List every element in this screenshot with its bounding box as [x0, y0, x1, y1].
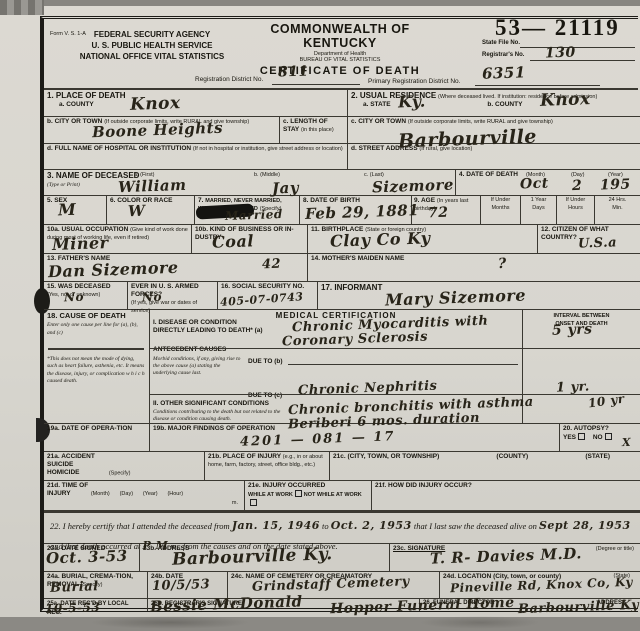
certificate-title: CERTIFICATE OF DEATH [240, 65, 440, 77]
field-21b-place-of-injury: 21b. PLACE OF INJURY (e.g., in or about … [205, 452, 330, 481]
cert-last-seen-date: Sept 28, 1953 [539, 519, 631, 532]
hw-date-signed: Oct. 3-53 [46, 547, 128, 568]
field-21b-label: 21b. PLACE OF INJURY [208, 453, 281, 460]
bureau-line: BUREAU OF VITAL STATISTICS [240, 57, 440, 63]
due-to-b-line [288, 364, 518, 365]
cert-to-date: Oct. 2, 1953 [331, 519, 412, 532]
hw-death-day: 2 [572, 178, 583, 194]
hw-residence-state: Ky. [398, 92, 426, 112]
autopsy-yes-label: YES [563, 434, 576, 441]
cause-row-divider-1 [150, 348, 640, 349]
autopsy-yes-checkbox [578, 433, 585, 440]
cert-text-2: to [322, 521, 329, 531]
field-18-i-label2: DIRECTLY LEADING TO DEATH* (a) [153, 327, 263, 334]
field-9-col1-bot: Months [491, 205, 509, 211]
field-19b-label: 19b. MAJOR FINDINGS OF OPERATION [153, 425, 275, 432]
hw-death-month: Oct [520, 176, 549, 193]
field-9-col2-top: 1 Year [531, 197, 547, 203]
hw-name-first: William [118, 176, 187, 196]
field-18-i-label1: I. DISEASE OR CONDITION [153, 319, 237, 326]
cert-text-1: 22. I hereby certify that I attended the… [50, 521, 230, 531]
field-18-cause-left-column: 18. CAUSE OF DEATH Enter only one cause … [44, 310, 150, 424]
field-9-col1-top: If Under [491, 197, 511, 203]
field-21f-how-injury-occurred: 21f. HOW DID INJURY OCCUR? [372, 481, 640, 511]
field-1c-note: (in this place) [301, 127, 334, 133]
primary-district-value: 6351 [482, 63, 526, 83]
registrar-no-value: 130 [545, 44, 576, 61]
field-21d-month: (Month) [91, 491, 110, 497]
field-9-col-months: If Under Months [480, 196, 520, 224]
field-1-title: 1. PLACE OF DEATH [47, 91, 126, 100]
agency-line-1: FEDERAL SECURITY AGENCY [44, 30, 260, 41]
hw-name-middle: Jay [272, 179, 300, 198]
field-9-col-hours: If Under Hours [556, 196, 594, 224]
cert-text-3: that I last saw the deceased alive on [414, 521, 537, 531]
field-21d-day: (Day) [120, 491, 133, 497]
interval-header-1: INTERVAL BETWEEN [554, 313, 610, 319]
field-20-label: 20. AUTOPSY? [563, 425, 609, 432]
hw-death-year: 195 [600, 176, 631, 193]
state-file-stamp: 53— 21119 [495, 15, 620, 41]
field-4-title: 4. DATE OF DEATH [459, 171, 518, 178]
hw-industry: Coal [212, 231, 254, 251]
field-1c-length-of-stay: c. LENGTH OF STAY (in this place) [280, 117, 348, 144]
field-6-color-race: 6. COLOR OR RACE [107, 196, 195, 225]
cert-from-date: Jan. 15, 1946 [232, 519, 320, 532]
field-9-col4-bot: Min. [612, 205, 622, 211]
field-21e-injury-occurred: 21e. INJURY OCCURRED WHILE AT WORK NOT W… [245, 481, 372, 511]
field-21c-label: 21c. (CITY, TOWN, OR TOWNSHIP) [333, 453, 439, 479]
hw-residence-county: Knox [540, 89, 591, 111]
field-7-label: 7. [198, 197, 203, 204]
reg-district-label: Registration District No. [195, 76, 263, 83]
field-1a-label: a. COUNTY [59, 101, 94, 108]
field-3-subtitle: (Type or Print) [47, 182, 80, 188]
field-22-certification: 22. I hereby certify that I attended the… [44, 511, 640, 544]
field-21d-year: (Year) [143, 491, 158, 497]
hw-interval-a: 5 yrs [552, 321, 593, 338]
hw-birthplace: Clay Co Ky [330, 228, 431, 250]
field-2-usual-residence: 2. USUAL RESIDENCE (Where deceased lived… [348, 90, 640, 117]
hw-mother-name: ? [498, 256, 507, 272]
field-2a-label: a. STATE [363, 101, 391, 108]
field-21d-time-of-injury: 21d. TIME OF INJURY (Month) (Day) (Year)… [44, 481, 245, 511]
field-18-divider [48, 348, 144, 350]
field-21c-injury-location: 21c. (CITY, TOWN, OR TOWNSHIP) (COUNTY) … [330, 452, 640, 481]
state-file-line [520, 47, 635, 48]
not-while-at-work-checkbox [250, 499, 257, 506]
field-21e-opt1: WHILE AT WORK [248, 492, 293, 498]
field-2b-label: b. COUNTY [487, 101, 522, 108]
reg-district-value: 811 [278, 63, 309, 80]
hw-autopsy-no-mark: X [622, 436, 631, 449]
hw-death-county: Knox [130, 93, 181, 115]
hw-burial-date: 10/5/53 [152, 577, 211, 594]
field-21e-opt2: NOT WHILE AT WORK [304, 492, 362, 498]
field-2c-note: (If outside corporate limits, write RURA… [408, 119, 553, 125]
field-21a-note: (Specify) [109, 470, 131, 476]
field-21a-label: 21a. ACCIDENT SUICIDE HOMICIDE [47, 453, 107, 477]
agency-line-2: U. S. PUBLIC HEALTH SERVICE [44, 41, 260, 52]
field-9-col-days: 1 Year Days [520, 196, 556, 224]
field-18-i-block: I. DISEASE OR CONDITION DIRECTLY LEADING… [153, 319, 263, 335]
hw-code-42: 42 [262, 257, 282, 273]
registrar-no-label: Registrar's No. [482, 52, 524, 58]
field-16-label: 16. SOCIAL SECURITY NO. [221, 283, 304, 290]
primary-district-line [475, 85, 600, 86]
morbid-note: Morbid conditions, if any, giving rise t… [153, 356, 245, 377]
due-to-b-label: DUE TO (b) [248, 358, 283, 366]
field-21a-accident-suicide-homicide: 21a. ACCIDENT SUICIDE HOMICIDE (Specify) [44, 452, 205, 481]
hw-race: W [128, 202, 146, 221]
field-23c-note: (Degree or title) [596, 546, 634, 553]
field-2c-label: c. CITY OR TOWN [351, 118, 406, 125]
hw-marital-status: Married [225, 207, 283, 223]
field-18-note1: Enter only one cause per line for (a), (… [47, 322, 138, 336]
field-1d-label: d. FULL NAME OF HOSPITAL OR INSTITUTION [47, 145, 191, 152]
field-18-label: 18. CAUSE OF DEATH [47, 311, 126, 320]
while-at-work-checkbox [295, 490, 302, 497]
field-1d-note: (If not in hospital or institution, give… [193, 146, 343, 152]
field-1a-place-of-death-county: 1. PLACE OF DEATH a. COUNTY [44, 90, 348, 117]
autopsy-no-checkbox [605, 433, 612, 440]
hw-occupation: Miner [52, 233, 109, 254]
field-21c-county: (COUNTY) [496, 453, 528, 479]
field-14-mothers-maiden-name: 14. MOTHER'S MAIDEN NAME [308, 254, 640, 282]
scan-edge-top [0, 0, 640, 6]
other-significant-note: Conditions contributing to the death but… [153, 409, 283, 423]
field-21d-m: m. [232, 500, 238, 507]
hw-burial: Burial [50, 579, 99, 596]
field-21d-label: 21d. TIME OF INJURY [47, 482, 89, 498]
hw-armed-forces-dates: No [142, 290, 162, 305]
hw-date-received: 10-5-53 [45, 600, 101, 616]
field-9-col4-top: 24 Hrs. [609, 197, 627, 203]
scan-smudge [420, 616, 540, 629]
field-3-middle-label: b. (Middle) [254, 172, 280, 179]
agency-line-3: NATIONAL OFFICE VITAL STATISTICS [44, 52, 260, 63]
hw-interval-c: 1 yr. [556, 379, 590, 395]
state-file-label: State File No. [482, 40, 520, 46]
field-21d-hour: (Hour) [167, 491, 183, 497]
field-9-col-min: 24 Hrs. Min. [594, 196, 640, 224]
field-9-col3-top: If Under [566, 197, 586, 203]
field-10a-label: 10a. USUAL OCCUPATION [47, 226, 128, 233]
scan-corner-artifact [0, 0, 44, 15]
field-1d-hospital-name: d. FULL NAME OF HOSPITAL OR INSTITUTION … [44, 144, 348, 170]
field-21c-state: (STATE) [585, 453, 610, 479]
title-block: COMMONWEALTH OF KENTUCKY Department of H… [240, 22, 440, 77]
field-21e-label: 21e. INJURY OCCURRED [248, 482, 325, 489]
field-14-label: 14. MOTHER'S MAIDEN NAME [311, 255, 404, 262]
field-21f-label: 21f. HOW DID INJURY OCCUR? [375, 482, 472, 489]
field-17-label: 17. INFORMANT [321, 283, 382, 292]
commonwealth-title: COMMONWEALTH OF KENTUCKY [240, 22, 440, 50]
scan-smudge [90, 616, 250, 629]
field-19a-label: 19a. DATE OF OPERA-TION [47, 425, 132, 432]
hw-age: 72 [428, 205, 449, 222]
autopsy-no-label: NO [593, 434, 603, 441]
hw-citizen: U.S.a [578, 235, 618, 251]
hw-armed-forces: No [64, 290, 84, 305]
field-9-col2-bot: Days [532, 205, 545, 211]
field-9-col3-bot: Hours [568, 205, 583, 211]
hw-name-last: Sizemore [372, 176, 455, 197]
reg-district-line [272, 84, 360, 85]
hw-sex: M [58, 200, 77, 220]
field-19a-date-of-operation: 19a. DATE OF OPERA-TION [44, 424, 150, 452]
field-15-armed-forces: 15. WAS DECEASED (Yes, no, or unknown) [44, 282, 128, 310]
other-significant-label: II. OTHER SIGNIFICANT CONDITIONS [153, 400, 269, 408]
agency-block: FEDERAL SECURITY AGENCY U. S. PUBLIC HEA… [44, 30, 260, 62]
primary-district-label: Primary Registration District No. [368, 78, 460, 85]
field-18-note2: *This does not mean the mode of dying, s… [47, 356, 145, 386]
